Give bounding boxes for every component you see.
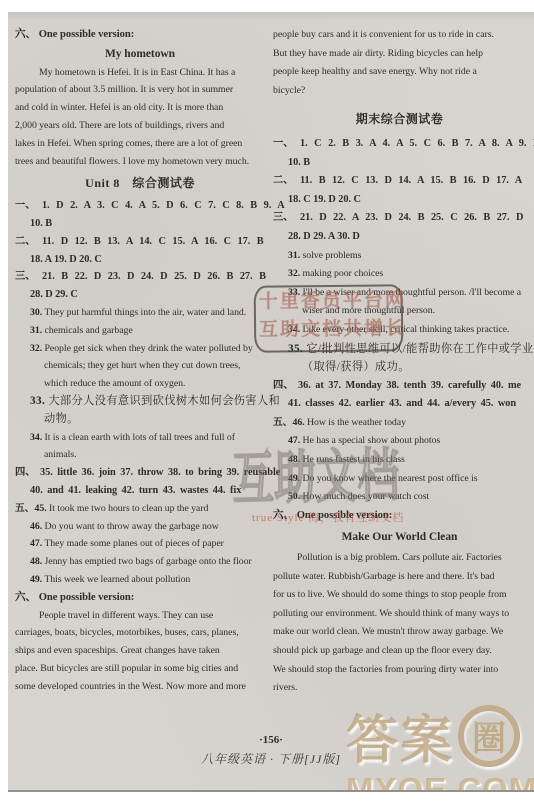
line-text: animals. [44, 449, 77, 460]
text-line: people buy cars and it is convenient for… [273, 26, 526, 45]
line-text: ships and even spaceships. Great changes… [15, 645, 220, 656]
text-line: My hometown is Hefei. It is in East Chin… [15, 64, 265, 82]
item-number: 四、 [15, 467, 36, 478]
line-text: We should stop the factories from pourin… [273, 664, 498, 675]
item-number: 49. [30, 574, 42, 585]
line-text: 1. D 2. A 3. C 4. A 5. D 6. C 7. C 8. B … [42, 200, 285, 211]
line-text: How much does your watch cost [303, 491, 430, 502]
line-text: Make Our World Clean [342, 531, 458, 543]
line-text: rivers. [273, 682, 297, 693]
line-text: He runs fastest in his class [303, 454, 405, 465]
item-number: 34. [288, 324, 300, 335]
line-text: solve problems [303, 250, 362, 261]
text-line: 41. classes 42. earlier 43. and 44. a/ev… [273, 395, 526, 414]
text-line: 48. Jenny has emptied two bags of garbag… [15, 553, 265, 571]
line-text: He has a special show about photos [303, 435, 441, 446]
text-line: ships and even spaceships. Great changes… [15, 642, 265, 660]
text-line: 二、 11. B 12. C 13. D 14. A 15. B 16. D 1… [273, 172, 526, 191]
text-line: 47. They made some planes out of pieces … [15, 535, 265, 553]
text-line: and cold in winter. Hefei is an old city… [15, 99, 265, 117]
item-number: 三、 [15, 271, 36, 282]
text-line: 28. D 29. A 30. D [273, 228, 526, 247]
text-line: 动物。 [15, 411, 265, 429]
line-text: 21. D 22. A 23. D 24. B 25. C 26. B 27. … [300, 212, 523, 223]
text-line: 28. D 29. C [15, 286, 265, 304]
text-line: （取得/获得）成功。 [273, 358, 526, 377]
item-number: 二、 [15, 236, 36, 247]
text-line: which reduce the amount of oxygen. [15, 375, 265, 393]
text-line: 34. It is a clean earth with lots of tal… [15, 429, 265, 447]
line-text: 11. D 12. B 13. A 14. C 15. A 16. C 17. … [42, 236, 264, 247]
item-number: 48. [288, 454, 300, 465]
line-text: 35. little 36. join 37. throw 38. to bri… [40, 467, 280, 478]
logo-domain: MXQE.COM [346, 771, 534, 792]
text-line: 34. Like every other skill, critical thi… [273, 321, 526, 340]
text-line: make our world clean. We mustn't throw a… [273, 623, 526, 642]
left-column: 六、 One possible version:My hometownMy ho… [15, 26, 265, 695]
item-number: 六、 [15, 592, 36, 603]
text-line: 35. 它/批判性思维可以/能帮助你在工作中或学业上 [273, 340, 526, 359]
line-text: 期末综合测试卷 [356, 112, 444, 126]
line-text: chemicals and garbage [45, 325, 133, 336]
text-line: 31. solve problems [273, 247, 526, 266]
line-text: My hometown [105, 48, 175, 60]
item-number: 33. [30, 395, 45, 407]
text-line: bicycle? [273, 82, 526, 101]
line-text: It is a clean earth with lots of tall tr… [45, 432, 235, 443]
line-text: pollute water. Rubbish/Garbage is here a… [273, 571, 494, 582]
text-line: 33. 大部分人没有意识到砍伐树木如何会伤害人和 [15, 393, 265, 411]
text-line: 49. This week we learned about pollution [15, 571, 265, 589]
line-text: carriages, boats, bicycles, motorbikes, … [15, 627, 239, 638]
line-text: 21. B 22. D 23. D 24. D 25. D 26. B 27. … [42, 271, 266, 282]
item-number: 35. [288, 343, 303, 355]
text-line: 18. C 19. D 20. C [273, 191, 526, 210]
item-number: 四、 [273, 380, 294, 391]
line-text: 大部分人没有意识到砍伐树木如何会伤害人和 [48, 395, 280, 407]
page-number: ·156· [8, 734, 534, 746]
item-number: 二、 [273, 175, 294, 186]
item-number: 33. [288, 287, 300, 298]
line-text: People get sick when they drink the wate… [45, 343, 253, 354]
line-text: They made some planes out of pieces of p… [44, 538, 224, 549]
item-number: 50. [288, 491, 300, 502]
section-heading: Make Our World Clean [273, 528, 526, 547]
section-heading: 期末综合测试卷 [273, 110, 526, 129]
text-line: But they have made air dirty. Riding bic… [273, 45, 526, 64]
text-line: 六、 One possible version: [273, 507, 526, 526]
line-text: 28. D 29. A 30. D [288, 231, 360, 242]
text-line: 46. Do you want to throw away the garbag… [15, 518, 265, 536]
text-line: 32. People get sick when they drink the … [15, 340, 265, 358]
text-line: 33. I'll be a wiser and more thoughtful … [273, 284, 526, 303]
line-text: Do you know where the nearest post offic… [303, 473, 478, 484]
right-column: people buy cars and it is convenient for… [273, 26, 526, 698]
line-text: for us to live. We should do some things… [273, 589, 507, 600]
line-text: 2,000 years old. There are lots of build… [15, 120, 224, 131]
text-line: 三、 21. B 22. D 23. D 24. D 25. D 26. B 2… [15, 268, 265, 286]
scanned-page: 六、 One possible version:My hometownMy ho… [8, 12, 534, 792]
text-line: 四、 35. little 36. join 37. throw 38. to … [15, 464, 265, 482]
item-number: 一、 [15, 200, 36, 211]
line-text: 它/批判性思维可以/能帮助你在工作中或学业上 [306, 343, 534, 355]
item-number: 六、 [273, 510, 294, 521]
line-text: 动物。 [44, 413, 79, 425]
text-line: lakes in Hefei. When spring comes, there… [15, 135, 265, 153]
text-line: People travel in different ways. They ca… [15, 607, 265, 625]
item-number: 49. [288, 473, 300, 484]
text-line: animals. [15, 446, 265, 464]
text-line: 六、 One possible version: [15, 26, 265, 44]
text-line: 31. chemicals and garbage [15, 322, 265, 340]
text-line: chemicals; they get hurt when they cut d… [15, 357, 265, 375]
item-number: 46. [30, 521, 42, 532]
item-number: 一、 [273, 138, 294, 149]
line-text: 1. C 2. B 3. A 4. A 5. C 6. B 7. A 8. A … [300, 138, 534, 149]
text-line: trees and beautiful flowers. I love my h… [15, 153, 265, 171]
text-line: pollute water. Rubbish/Garbage is here a… [273, 568, 526, 587]
line-text: population of about 3.5 million. It is v… [15, 84, 233, 95]
item-number: 五、46. [273, 417, 305, 428]
line-text: 11. B 12. C 13. D 14. A 15. B 16. D 17. … [300, 175, 522, 186]
text-line: 49. Do you know where the nearest post o… [273, 470, 526, 489]
text-line: 六、 One possible version: [15, 589, 265, 607]
line-text: （取得/获得）成功。 [302, 361, 410, 373]
line-text: bicycle? [273, 85, 305, 96]
line-text: place. But bicycles are still popular in… [15, 663, 238, 674]
line-text: which reduce the amount of oxygen. [44, 378, 185, 389]
item-number: 32. [288, 268, 300, 279]
line-text: One possible version: [39, 592, 134, 603]
item-number: 三、 [273, 212, 294, 223]
text-line: 五、45. It took me two hours to clean up t… [15, 500, 265, 518]
text-line: rivers. [273, 679, 526, 698]
text-line: 一、 1. C 2. B 3. A 4. A 5. C 6. B 7. A 8.… [273, 135, 526, 154]
line-text: 18. C 19. D 20. C [288, 194, 361, 205]
line-text: My hometown is Hefei. It is in East Chin… [39, 67, 235, 78]
line-text: But they have made air dirty. Riding bic… [273, 48, 483, 59]
text-line: place. But bicycles are still popular in… [15, 660, 265, 678]
line-text: some developed countries in the West. No… [15, 681, 246, 692]
line-text: trees and beautiful flowers. I love my h… [15, 156, 249, 167]
text-line: 四、 36. at 37. Monday 38. tenth 39. caref… [273, 377, 526, 396]
text-line: 三、 21. D 22. A 23. D 24. B 25. C 26. B 2… [273, 209, 526, 228]
text-line: some developed countries in the West. No… [15, 678, 265, 696]
line-text: should pick up garbage and clean up the … [273, 645, 492, 656]
line-text: One possible version: [297, 510, 392, 521]
section-heading: Unit 8 综合测试卷 [15, 175, 265, 193]
item-number: 48. [30, 556, 42, 567]
text-line: polluting our environment. We should thi… [273, 605, 526, 624]
text-line: 40. and 41. leaking 42. turn 43. wastes … [15, 482, 265, 500]
line-text: lakes in Hefei. When spring comes, there… [15, 138, 242, 149]
item-number: 31. [30, 325, 42, 336]
line-text: wiser and more thoughtful person. [302, 305, 435, 316]
line-text: making poor choices [303, 268, 384, 279]
line-text: Jenny has emptied two bags of garbage on… [45, 556, 252, 567]
text-line: wiser and more thoughtful person. [273, 302, 526, 321]
line-text: 28. D 29. C [30, 289, 78, 300]
book-title: 八年级英语 · 下册[JJ版] [8, 750, 534, 767]
line-text: 36. at 37. Monday 38. tenth 39. carefull… [298, 380, 521, 391]
line-text: and cold in winter. Hefei is an old city… [15, 102, 223, 113]
item-number: 34. [30, 432, 42, 443]
text-line: 47. He has a special show about photos [273, 432, 526, 451]
line-text: They put harmful things into the air, wa… [44, 307, 246, 318]
line-text: 10. B [30, 218, 52, 229]
text-line: 32. making poor choices [273, 265, 526, 284]
line-text: 18. A 19. D 20. C [30, 254, 102, 265]
line-text: people buy cars and it is convenient for… [273, 29, 494, 40]
line-text: polluting our environment. We should thi… [273, 608, 509, 619]
line-text: 40. and 41. leaking 42. turn 43. wastes … [30, 485, 241, 496]
text-line: 18. A 19. D 20. C [15, 251, 265, 269]
item-number: 31. [288, 250, 300, 261]
line-text: This week we learned about pollution [44, 574, 190, 585]
line-text: How is the weather today [307, 417, 406, 428]
item-number: 47. [30, 538, 42, 549]
item-number: 47. [288, 435, 300, 446]
text-line: We should stop the factories from pourin… [273, 661, 526, 680]
text-line: 2,000 years old. There are lots of build… [15, 117, 265, 135]
line-text: Do you want to throw away the garbage no… [45, 521, 219, 532]
line-text: Pollution is a big problem. Cars pollute… [297, 552, 502, 563]
text-line: 一、 1. D 2. A 3. C 4. A 5. D 6. C 7. C 8.… [15, 197, 265, 215]
section-heading: My hometown [15, 46, 265, 64]
line-text: Unit 8 综合测试卷 [85, 176, 195, 190]
text-line: 五、46. How is the weather today [273, 414, 526, 433]
text-line: 48. He runs fastest in his class [273, 451, 526, 470]
line-text: I'll be a wiser and more thoughtful pers… [303, 287, 522, 298]
line-text: people keep healthy and save energy. Why… [273, 66, 477, 77]
text-line: Pollution is a big problem. Cars pollute… [273, 549, 526, 568]
item-number: 五、45. [15, 503, 47, 514]
item-number: 32. [30, 343, 42, 354]
text-line: for us to live. We should do some things… [273, 586, 526, 605]
text-line: carriages, boats, bicycles, motorbikes, … [15, 624, 265, 642]
text-line: should pick up garbage and clean up the … [273, 642, 526, 661]
item-number: 六、 [15, 29, 36, 40]
line-text: 10. B [288, 157, 310, 168]
line-text: Like every other skill, critical thinkin… [303, 324, 510, 335]
text-line: 10. B [15, 215, 265, 233]
text-line: population of about 3.5 million. It is v… [15, 81, 265, 99]
line-text: People travel in different ways. They ca… [39, 610, 213, 621]
line-text: chemicals; they get hurt when they cut d… [44, 360, 240, 371]
line-text: 41. classes 42. earlier 43. and 44. a/ev… [288, 398, 516, 409]
text-line: 50. How much does your watch cost [273, 488, 526, 507]
line-text: One possible version: [39, 29, 134, 40]
text-line: 二、 11. D 12. B 13. A 14. C 15. A 16. C 1… [15, 233, 265, 251]
text-line: 30. They put harmful things into the air… [15, 304, 265, 322]
text-line: 10. B [273, 154, 526, 173]
text-line: people keep healthy and save energy. Why… [273, 63, 526, 82]
line-text: It took me two hours to clean up the yar… [49, 503, 208, 514]
item-number: 30. [30, 307, 42, 318]
line-text: make our world clean. We mustn't throw a… [273, 626, 503, 637]
